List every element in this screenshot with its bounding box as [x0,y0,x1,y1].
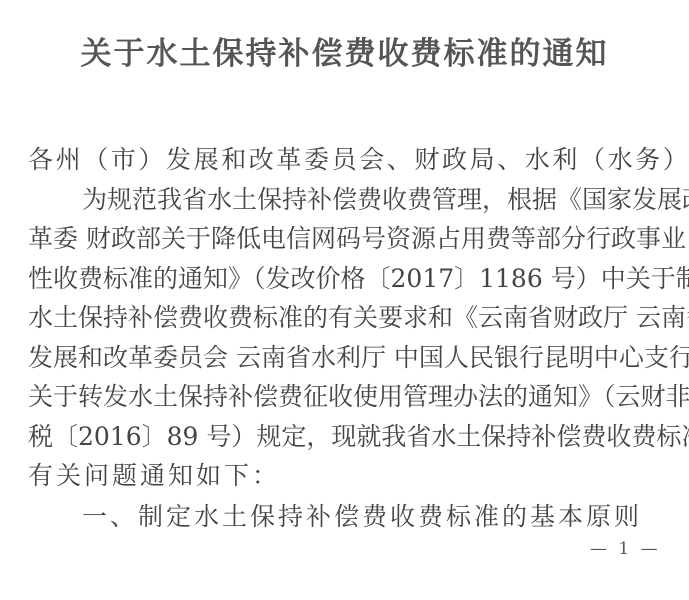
document-body: 各州（市）发展和改革委员会、财政局、水利（水务）局： 为规范我省水土保持补偿费收… [28,140,655,496]
paragraph-line: 有关问题通知如下： [28,456,655,496]
paragraph-line: 革委 财政部关于降低电信网码号资源占用费等部分行政事业 [28,219,655,259]
paragraph-line: 发展和改革委员会 云南省水利厅 中国人民银行昆明中心支行 [28,338,655,378]
salutation-line: 各州（市）发展和改革委员会、财政局、水利（水务）局： [28,140,655,180]
paragraph-line: 税〔2016〕89 号）规定，现就我省水土保持补偿费收费标准等 [28,417,655,457]
page-number: — 1 — [590,538,661,560]
paragraph-line: 为规范我省水土保持补偿费收费管理，根据《国家发展改 [28,180,655,220]
paragraph-line: 性收费标准的通知》（发改价格〔2017〕1186 号）中关于制定 [28,259,655,299]
section-heading: 一、制定水土保持补偿费收费标准的基本原则 [82,497,642,537]
paragraph-line: 水土保持补偿费收费标准的有关要求和《云南省财政厅 云南省 [28,298,655,338]
document-title: 关于水土保持补偿费收费标准的通知 [0,34,689,74]
paragraph-line: 关于转发水土保持补偿费征收使用管理办法的通知》（云财非 [28,377,655,417]
document-page: 关于水土保持补偿费收费标准的通知 各州（市）发展和改革委员会、财政局、水利（水务… [0,0,689,600]
